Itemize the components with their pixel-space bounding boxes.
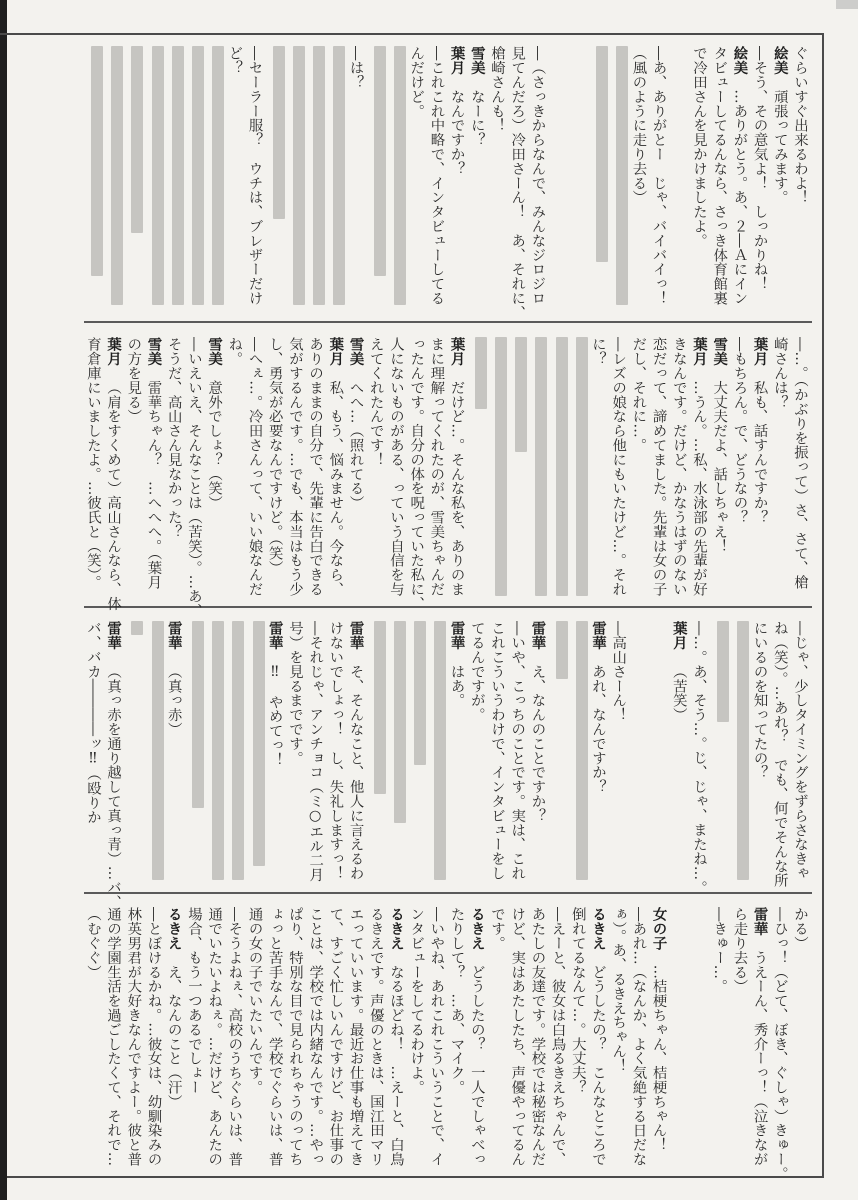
redaction-bar	[111, 46, 123, 305]
text-line: 号）を見るまでです。	[285, 621, 305, 891]
text-line: 育倉庫にいましたよ。…彼氏と（笑）。	[83, 337, 103, 607]
speaker-name: 雷華	[590, 621, 606, 650]
text-line: て、すごく忙しいんですけど、お仕事の	[325, 907, 345, 1177]
text-line: ンタビューをしてるわけよ。	[406, 907, 426, 1177]
line-text: 人にないものがある、っていう自信を与	[388, 337, 404, 596]
speaker-name: 葉月	[449, 337, 465, 366]
blank-line	[669, 907, 689, 1177]
text-line: ―もちろん。で、どうなの？	[729, 337, 749, 607]
text-line: 崎さんは？	[770, 337, 790, 607]
vertical-text-block: ―…。（かぶりを振って）さ、さて、槍崎さんは？葉月私も、話すんですか？―もちろん…	[78, 337, 810, 607]
redacted-line	[366, 46, 386, 316]
line-text: 私も、話すんですか？	[752, 380, 768, 524]
line-text: ―じゃ、少しタイミングをずらさなきゃ	[792, 621, 808, 880]
redacted-line	[305, 46, 325, 316]
text-line: 通でいたいよねぇ。…だけど、あんたの	[204, 907, 224, 1177]
redacted-line	[83, 46, 103, 316]
text-line: きなんです。だけど、かなうはずのない	[669, 337, 689, 607]
redaction-bar	[192, 621, 204, 808]
line-text: ―ひっ！（どて、ぼき、ぐしゃ）きゅー。	[772, 907, 788, 1181]
line-text: ね。	[226, 337, 242, 366]
speaker-name: 葉月	[671, 621, 687, 650]
line-text: …桔梗ちゃん、桔梗ちゃん！	[651, 965, 667, 1152]
line-text: にいるのを知ってたの？	[752, 621, 768, 779]
line-text: （むぐぐ）	[85, 907, 101, 979]
line-text: あたしの友達です。学校では秘密なんだ	[529, 907, 545, 1166]
redaction-bar	[152, 621, 164, 880]
text-line: かる）	[790, 907, 810, 1177]
speaker-name: 葉月	[105, 337, 121, 366]
text-line: ―そうよねぇ、高校のうちぐらいは、普	[224, 907, 244, 1177]
dialogue-line: 葉月（苦笑）	[669, 621, 689, 891]
redaction-bar	[434, 621, 446, 880]
redacted-line	[568, 337, 588, 607]
redacted-line	[467, 337, 487, 607]
dialogue-line: 葉月…うん。…私、水泳部の先輩が好	[689, 337, 709, 607]
blank-line	[669, 46, 689, 316]
text-line: ―それじゃ、アンチョコ（ミ○エル二月	[305, 621, 325, 891]
redacted-line	[123, 621, 143, 891]
line-text: ‼ やめてっ！	[267, 664, 283, 766]
speaker-name: 雷華	[529, 621, 545, 650]
line-text: て、すごく忙しいんですけど、お仕事の	[327, 907, 343, 1166]
line-text: ぱり、特別な目で見られちゃうのってち	[287, 907, 303, 1166]
line-text: （肩をすくめて）高山さんなら、体	[105, 380, 121, 610]
line-text: 恋だって、諦めてました。先輩は女の子	[651, 337, 667, 596]
text-line: ―とぼけるかね。…彼女は、幼馴染みの	[143, 907, 163, 1177]
line-text: ど？	[226, 46, 242, 75]
blank-line	[648, 621, 668, 891]
line-text: 雷華ちゃん？ …へへへ。（葉月	[146, 380, 162, 589]
redacted-line	[103, 46, 123, 316]
line-text: タビューしてるんなら、さっき体育館裏	[711, 46, 727, 305]
line-text: なるほどね！ …えーと、白鳥	[388, 965, 404, 1167]
dialogue-line: 雪美へへ…（照れてる）	[345, 337, 365, 607]
redacted-line	[588, 46, 608, 316]
text-line: たりして？ …あ、マイク。	[446, 907, 466, 1177]
speaker-name: 葉月	[327, 337, 343, 366]
text-line: （むぐぐ）	[83, 907, 103, 1177]
dialogue-line: るきええ、なんのこと（汗）	[164, 907, 184, 1177]
line-text: 気がするんです。…でも、本当はもう少	[287, 337, 303, 596]
text-line: に？	[588, 337, 608, 607]
line-text: 意外でしょ？（笑）	[206, 380, 222, 510]
text-line: 人にないものがある、っていう自信を与	[386, 337, 406, 607]
text-line: ―じゃ、少しタイミングをずらさなきゃ	[790, 621, 810, 891]
speaker-name: るきえ	[469, 907, 485, 950]
speaker-name: 女の子	[651, 907, 667, 950]
line-text: ―…。（かぶりを振って）さ、さて、槍	[792, 337, 808, 589]
text-line: ね（笑）。…あれ？ でも、何でそんな所	[770, 621, 790, 891]
redacted-line	[386, 621, 406, 891]
line-text: きなんです。だけど、かなうはずのない	[671, 337, 687, 596]
line-text: で冷田さんを見かけましたよ。	[691, 46, 707, 248]
line-text: どうしたの？ 一人でしゃべっ	[469, 965, 485, 1167]
redacted-line	[547, 337, 567, 607]
line-text: へへ…（照れてる）	[348, 380, 364, 510]
redaction-bar	[515, 337, 527, 452]
redacted-line	[487, 337, 507, 607]
line-text: ―いやね、あれこれこういうことで、イ	[428, 907, 444, 1166]
line-text: （真っ赤を通り越して真っ青）…バ、	[105, 664, 121, 909]
text-line: えてくれたんです！	[366, 337, 386, 607]
blank-line	[568, 46, 588, 316]
text-line: ―いやね、あれこれこういうことで、イ	[426, 907, 446, 1177]
redaction-bar	[192, 46, 204, 305]
text-line: ―は？	[345, 46, 365, 316]
text-line: で冷田さんを見かけましたよ。	[689, 46, 709, 316]
redaction-bar	[212, 621, 224, 880]
speaker-name: 雷華	[752, 907, 768, 936]
text-line: だし、それに…。	[628, 337, 648, 607]
speaker-name: るきえ	[166, 907, 182, 950]
redacted-line	[204, 621, 224, 891]
line-text: ―あれ…（なんか、よく気絶する日だな	[630, 907, 646, 1166]
line-text: え、なんのことですか？	[529, 664, 545, 822]
redaction-bar	[717, 621, 729, 722]
text-line: あたしの友達です。学校では秘密なんだ	[527, 907, 547, 1177]
dialogue-line: 雪美大丈夫だよ、話しちゃえ！	[709, 337, 729, 607]
redacted-line	[507, 337, 527, 607]
line-text: 林英男君が大好きなんですよー。彼と普	[125, 907, 141, 1166]
line-text: ことは、学校では内緒なんです。…やっ	[307, 907, 323, 1166]
text-line: ―これこれ中略で、インタビューしてる	[426, 46, 446, 316]
text-line: ―へぇ…。冷田さんって、いい娘なんだ	[244, 337, 264, 607]
line-text: 通の学園生活を過ごしたくて、それで…	[105, 907, 121, 1166]
line-text: だし、それに…。	[630, 337, 646, 452]
line-text: かる）	[792, 907, 808, 950]
text-line: 恋だって、諦めてました。先輩は女の子	[648, 337, 668, 607]
redaction-bar	[374, 46, 386, 276]
text-line: の方を見る）	[123, 337, 143, 607]
text-line: タビューしてるんなら、さっき体育館裏	[709, 46, 729, 316]
line-text: バ、バカ――――ッ‼（殴りか	[85, 621, 101, 824]
text-line: ね。	[224, 337, 244, 607]
dialogue-line: 雪美なーに？	[467, 46, 487, 316]
redacted-line	[143, 46, 163, 316]
band-1: ぐらいすぐ出来るわよ！絵美頑張ってみます。―そう、その意気よ！ しっかりね！絵美…	[78, 46, 810, 316]
text-line: ―セーラー服？ ウチは、ブレザーだけ	[244, 46, 264, 316]
line-text: （風のように走り去る）	[630, 46, 646, 204]
dialogue-line: 雪美意外でしょ？（笑）	[204, 337, 224, 607]
line-text: ―は？	[348, 46, 364, 89]
text-line: にいるのを知ってたの？	[749, 621, 769, 891]
dialogue-line: 葉月（肩をすくめて）高山さんなら、体	[103, 337, 123, 607]
text-line: 通の女の子でいたいんです。	[244, 907, 264, 1177]
redaction-bar	[131, 621, 143, 635]
line-text: ありのままの自分で、先輩に告白できる	[307, 337, 323, 596]
redaction-bar	[253, 621, 265, 866]
line-text: まに理解ってくれたのが、雪美ちゃんだ	[428, 337, 444, 596]
text-line: ―そう、その意気よ！ しっかりね！	[749, 46, 769, 316]
redacted-line	[204, 46, 224, 316]
text-line: ぐらいすぐ出来るわよ！	[790, 46, 810, 316]
line-text: ―とぼけるかね。…彼女は、幼馴染みの	[146, 907, 162, 1166]
dialogue-line: 雷華え、なんのことですか？	[527, 621, 547, 891]
redaction-bar	[576, 621, 588, 880]
text-line: ―えーと、彼女は白鳥るきえちゃんで、	[547, 907, 567, 1177]
line-text: …ありがとう。あ、２―Ａにイン	[731, 89, 747, 305]
blank-line	[547, 46, 567, 316]
line-text: ―へぇ…。冷田さんって、いい娘なんだ	[247, 337, 263, 596]
line-text: ―そうよねぇ、高校のうちぐらいは、普	[226, 907, 242, 1166]
frame-top-rule	[0, 33, 824, 35]
redacted-line	[406, 621, 426, 891]
text-line: ―あれ…（なんか、よく気絶する日だな	[628, 907, 648, 1177]
speaker-name: 雷華	[105, 621, 121, 650]
redaction-bar	[333, 46, 345, 305]
speaker-name: 雪美	[469, 46, 485, 75]
speaker-name: 雷華	[166, 621, 182, 650]
text-line: です。	[487, 907, 507, 1177]
text-line: ぁ）。あ、るきえちゃん！	[608, 907, 628, 1177]
text-line: 気がするんです。…でも、本当はもう少	[285, 337, 305, 607]
redacted-line	[123, 46, 143, 316]
vertical-text-block: ―じゃ、少しタイミングをずらさなきゃね（笑）。…あれ？ でも、何でそんな所にいる…	[78, 621, 810, 891]
dialogue-line: るきえなるほどね！ …えーと、白鳥	[386, 907, 406, 1177]
dialogue-line: 雷華うえーん、秀介ーっ！（泣きなが	[749, 907, 769, 1177]
redaction-bar	[394, 46, 406, 305]
line-text: 通の女の子でいたいんです。	[247, 907, 263, 1094]
redaction-bar	[131, 46, 143, 233]
text-line: エっていいます。最近お仕事も増えてき	[345, 907, 365, 1177]
line-text: 育倉庫にいましたよ。…彼氏と（笑）。	[85, 337, 101, 589]
text-line: ぱり、特別な目で見られちゃうのってち	[285, 907, 305, 1177]
redaction-bar	[596, 46, 608, 262]
line-text: です。	[489, 907, 505, 950]
text-line: ら走り去る）	[729, 907, 749, 1177]
line-text: ら走り去る）	[731, 907, 747, 993]
line-text: （苦笑）	[671, 664, 687, 722]
redacted-line	[265, 46, 285, 316]
line-text: の方を見る）	[125, 337, 141, 423]
line-text: どうしたの？ こんなところで	[590, 965, 606, 1167]
text-line: ど？	[224, 46, 244, 316]
redacted-line	[568, 621, 588, 891]
dialogue-line: 葉月だけど…。そんな私を、ありのま	[446, 337, 466, 607]
line-text: ンタビューをしてるわけよ。	[408, 907, 424, 1094]
dialogue-line: 雷華そ、そんなこと、他人に言えるわ	[345, 621, 365, 891]
redaction-bar	[414, 621, 426, 765]
line-text: ―そう、その意気よ！ しっかりね！	[752, 46, 768, 291]
line-text: ぁ）。あ、るきえちゃん！	[610, 907, 626, 1073]
text-line: ―（さっきからなんで、みんなジロジロ	[527, 46, 547, 316]
dialogue-line: 葉月私、もう、悩みません。今なら、	[325, 337, 345, 607]
redaction-bar	[91, 46, 103, 276]
text-line: けないでしょっ！ し、失礼しますっ！	[325, 621, 345, 891]
line-text: たりして？ …あ、マイク。	[449, 907, 465, 1094]
line-text: ―いえいえ、そんなことは（苦笑）。…あ、	[186, 337, 202, 618]
redaction-bar	[374, 621, 386, 794]
text-line: これこういうわけで、インタビューをし	[487, 621, 507, 891]
text-line: ったんです。自分の体を呪っていた私に、	[406, 337, 426, 607]
blank-line	[689, 907, 709, 1177]
line-text: これこういうわけで、インタビューをし	[489, 621, 505, 880]
line-text: え、なんのこと（汗）	[166, 965, 182, 1109]
text-line: んだけど。	[406, 46, 426, 316]
redacted-line	[325, 46, 345, 316]
dialogue-line: 雷華（真っ赤）	[164, 621, 184, 891]
text-line: ―…。（かぶりを振って）さ、さて、槍	[790, 337, 810, 607]
line-text: はあ。	[449, 664, 465, 707]
speaker-name: 雷華	[348, 621, 364, 650]
blank-line	[628, 621, 648, 891]
line-text: 号）を見るまでです。	[287, 621, 303, 765]
line-text: ね（笑）。…あれ？ でも、何でそんな所	[772, 621, 788, 887]
speaker-name: るきえ	[388, 907, 404, 950]
dialogue-line: るきえどうしたの？ こんなところで	[588, 907, 608, 1177]
redacted-line	[366, 621, 386, 891]
speaker-name: 葉月	[752, 337, 768, 366]
line-text: ―あ、ありがとー じゃ、バイバイっ！	[651, 46, 667, 305]
speaker-name: 雷華	[267, 621, 283, 650]
dialogue-line: 葉月私も、話すんですか？	[749, 337, 769, 607]
text-line: けど、実はあたしたち、声優やってるん	[507, 907, 527, 1177]
line-text: あれ、なんですか？	[590, 664, 606, 794]
dialogue-line: 雷華‼ やめてっ！	[265, 621, 285, 891]
dialogue-line: 雷華あれ、なんですか？	[588, 621, 608, 891]
line-text: ―レズの娘なら他にもいたけど…。それ	[610, 337, 626, 596]
line-text: ―それじゃ、アンチョコ（ミ○エル二月	[307, 621, 323, 882]
dialogue-line: 絵美…ありがとう。あ、２―Ａにイン	[729, 46, 749, 316]
text-line: そうだ、高山さん見なかった？	[164, 337, 184, 607]
redacted-line	[386, 46, 406, 316]
line-text: 崎さんは？	[772, 337, 788, 409]
redaction-bar	[212, 46, 224, 305]
line-text: なーに？	[469, 89, 485, 147]
text-line: ―レズの娘なら他にもいたけど…。それ	[608, 337, 628, 607]
band-3: ―じゃ、少しタイミングをずらさなきゃね（笑）。…あれ？ でも、何でそんな所にいる…	[78, 621, 810, 891]
line-text: 槍崎さんも！	[489, 46, 505, 132]
redaction-bar	[616, 46, 628, 305]
line-text: （真っ赤）	[166, 664, 182, 736]
line-text: 大丈夫だよ、話しちゃえ！	[711, 380, 727, 553]
dialogue-line: 雷華（真っ赤を通り越して真っ青）…バ、	[103, 621, 123, 891]
redacted-line	[184, 46, 204, 316]
speaker-name: 絵美	[772, 46, 788, 75]
text-line: 見てんだろ）冷田さーん！ あ、それに、	[507, 46, 527, 316]
redacted-line	[143, 621, 163, 891]
redacted-line	[709, 621, 729, 891]
text-line: し、勇気が必要なんですけど。（笑）	[265, 337, 285, 607]
text-line: 通の学園生活を過ごしたくて、それで…	[103, 907, 123, 1177]
speaker-name: 雪美	[348, 337, 364, 366]
line-text: し、勇気が必要なんですけど。（笑）	[267, 337, 283, 575]
redaction-bar	[172, 46, 184, 305]
redaction-bar	[737, 621, 749, 880]
redaction-bar	[576, 337, 588, 596]
speaker-name: 葉月	[691, 337, 707, 366]
text-line: ょっと苦手なんで、学校でぐらいは、普	[265, 907, 285, 1177]
line-text: ―いや、こっちのことです。実は、これ	[509, 621, 525, 880]
text-line: ―あ、ありがとー じゃ、バイバイっ！	[648, 46, 668, 316]
text-line: まに理解ってくれたのが、雪美ちゃんだ	[426, 337, 446, 607]
redaction-bar	[535, 337, 547, 596]
dialogue-line: 女の子…桔梗ちゃん、桔梗ちゃん！	[648, 907, 668, 1177]
line-text: ―…。あ、そう…。じ、じゃ、またね…。	[691, 621, 707, 895]
redacted-line	[527, 337, 547, 607]
dialogue-line: 絵美頑張ってみます。	[770, 46, 790, 316]
page-binding-edge	[0, 0, 7, 1200]
redaction-bar	[273, 46, 285, 219]
text-line: ―…。あ、そう…。じ、じゃ、またね…。	[689, 621, 709, 891]
redaction-bar	[152, 46, 164, 305]
vertical-text-block: かる）―ひっ！（どて、ぼき、ぐしゃ）きゅー。雷華うえーん、秀介ーっ！（泣きながら…	[78, 907, 810, 1177]
line-text: に？	[590, 337, 606, 366]
speaker-name: 葉月	[449, 46, 465, 75]
line-text: るきえです。声優のときは、国江田マリ	[368, 907, 384, 1166]
line-text: だけど…。そんな私を、ありのま	[449, 380, 465, 596]
band-divider-1	[84, 321, 812, 323]
redacted-line	[426, 621, 446, 891]
redacted-line	[184, 621, 204, 891]
redaction-bar	[475, 337, 487, 409]
dialogue-line: 雪美雷華ちゃん？ …へへへ。（葉月	[143, 337, 163, 607]
redaction-bar	[556, 337, 568, 596]
redacted-line	[285, 46, 305, 316]
line-text: そうだ、高山さん見なかった？	[166, 337, 182, 539]
redaction-bar	[313, 46, 325, 305]
line-text: うえーん、秀介ーっ！（泣きなが	[752, 950, 768, 1166]
line-text: 私、もう、悩みません。今なら、	[327, 380, 343, 596]
speaker-name: 雷華	[449, 621, 465, 650]
text-line: 場合、もう一つあるでしょー	[184, 907, 204, 1177]
frame-right-rule	[822, 33, 824, 1178]
redacted-line	[244, 621, 264, 891]
line-text: そ、そんなこと、他人に言えるわ	[348, 664, 364, 880]
text-line: ―高山さーん！	[608, 621, 628, 891]
text-line: バ、バカ――――ッ‼（殴りか	[83, 621, 103, 891]
line-text: 頑張ってみます。	[772, 89, 788, 204]
line-text: 場合、もう一つあるでしょー	[186, 907, 202, 1094]
line-text: エっていいます。最近お仕事も増えてき	[348, 907, 364, 1166]
text-line: ことは、学校では内緒なんです。…やっ	[305, 907, 325, 1177]
text-line: 倒れてるなんて…。大丈夫？	[568, 907, 588, 1177]
redaction-bar	[293, 46, 305, 305]
line-text: 見てんだろ）冷田さーん！ あ、それに、	[509, 46, 525, 320]
redaction-bar	[394, 621, 406, 823]
text-line: ―ひっ！（どて、ぼき、ぐしゃ）きゅー。	[770, 907, 790, 1177]
dialogue-line: 雷華はあ。	[446, 621, 466, 891]
speaker-name: 雪美	[146, 337, 162, 366]
line-text: ―きゅー…。	[711, 907, 727, 993]
text-line: 林英男君が大好きなんですよー。彼と普	[123, 907, 143, 1177]
line-text: なんですか？	[449, 89, 465, 175]
line-text: ぐらいすぐ出来るわよ！	[792, 46, 808, 204]
line-text: ―これこれ中略で、インタビューしてる	[428, 46, 444, 305]
text-line: ―きゅー…。	[709, 907, 729, 1177]
line-text: ―もちろん。で、どうなの？	[731, 337, 747, 524]
line-text: ―（さっきからなんで、みんなジロジロ	[529, 46, 545, 305]
text-line: （風のように走り去る）	[628, 46, 648, 316]
line-text: てるんですが。	[469, 621, 485, 722]
text-line: てるんですが。	[467, 621, 487, 891]
text-line: ありのままの自分で、先輩に告白できる	[305, 337, 325, 607]
line-text: 通でいたいよねぇ。…だけど、あんたの	[206, 907, 222, 1166]
dialogue-line: るきえどうしたの？ 一人でしゃべっ	[467, 907, 487, 1177]
speaker-name: 雪美	[711, 337, 727, 366]
redaction-bar	[495, 337, 507, 596]
speaker-name: 絵美	[731, 46, 747, 75]
line-text: 倒れてるなんて…。大丈夫？	[570, 907, 586, 1094]
line-text: ―高山さーん！	[610, 621, 626, 722]
text-line: ―いや、こっちのことです。実は、これ	[507, 621, 527, 891]
redacted-line	[547, 621, 567, 891]
band-2: ―…。（かぶりを振って）さ、さて、槍崎さんは？葉月私も、話すんですか？―もちろん…	[78, 337, 810, 607]
speaker-name: るきえ	[590, 907, 606, 950]
text-line: ―いえいえ、そんなことは（苦笑）。…あ、	[184, 337, 204, 607]
redacted-line	[729, 621, 749, 891]
